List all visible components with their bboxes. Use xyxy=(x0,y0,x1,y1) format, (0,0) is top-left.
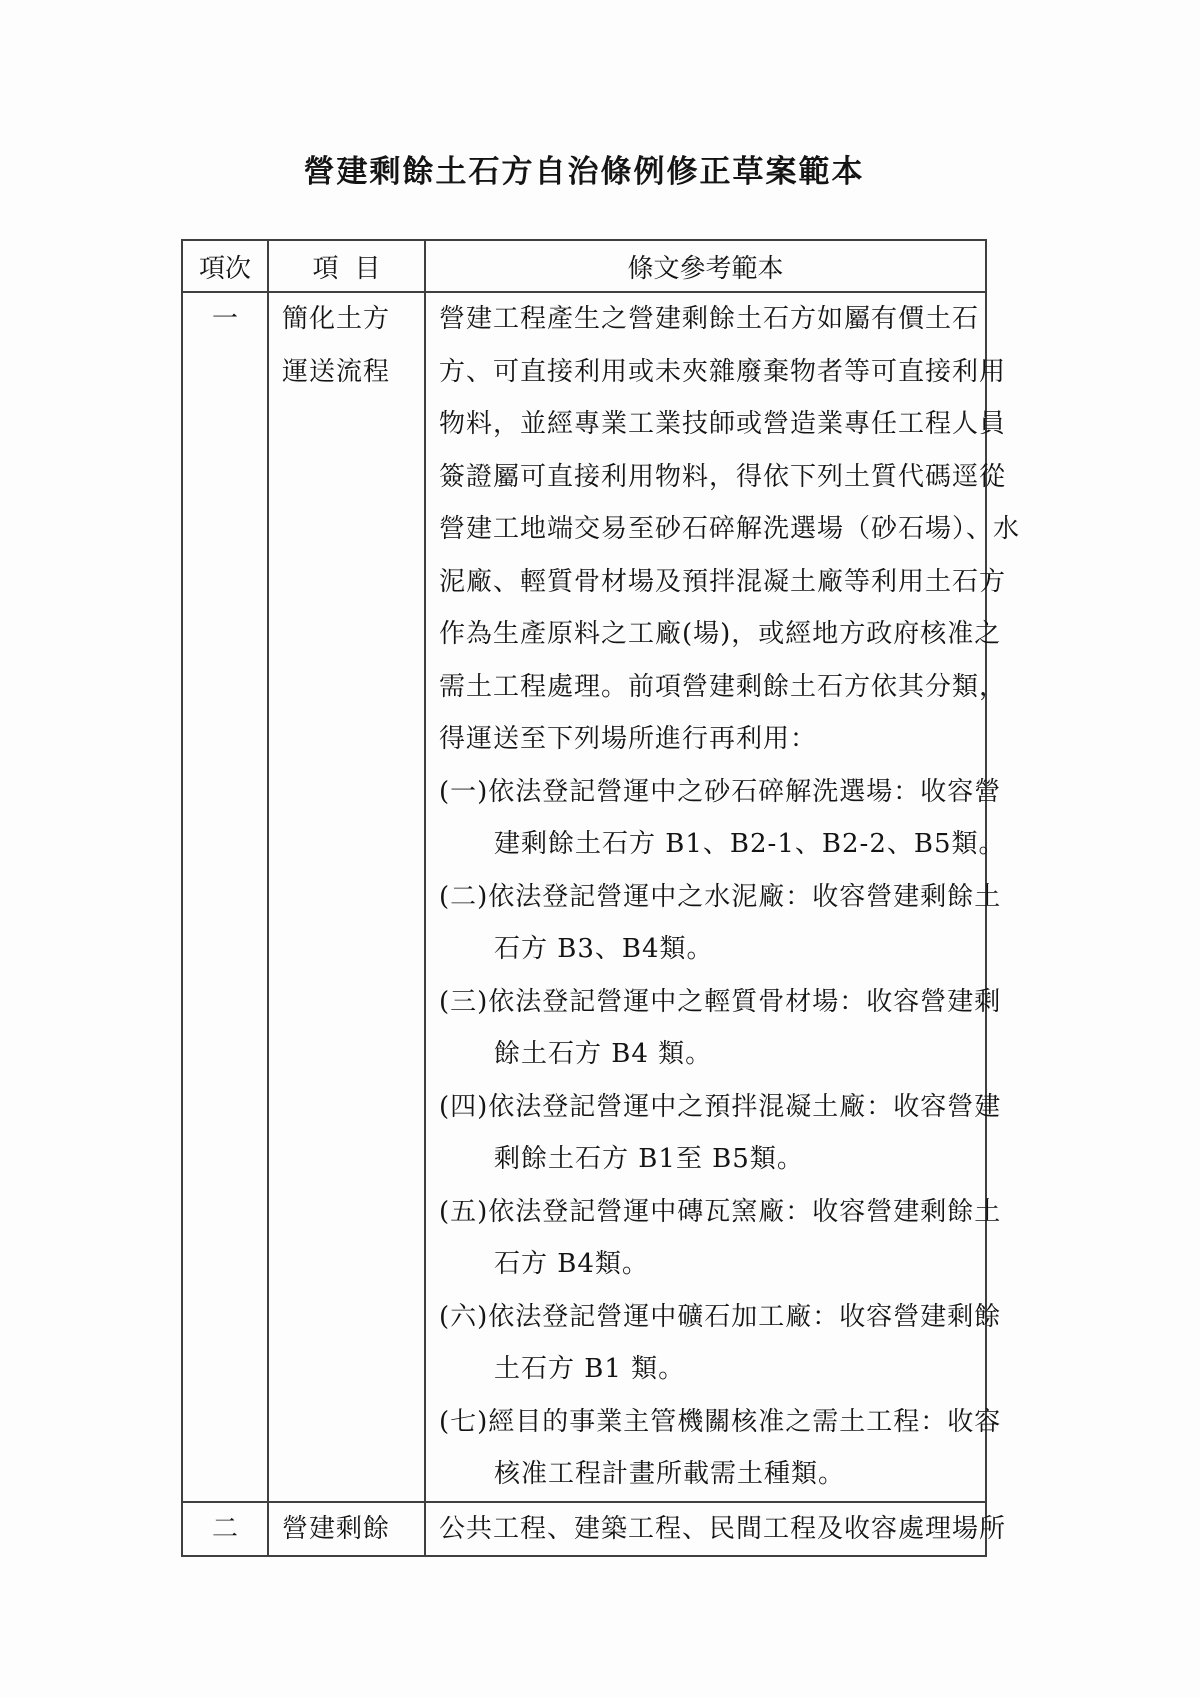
reference-text-line: (六)依法登記營運中礦石加工廠：收容營建剩餘 xyxy=(439,1291,1020,1344)
item-title-line: 營建剩餘 xyxy=(282,1503,424,1555)
reference-text-line: 建剩餘土石方 B1、B2-1、B2-2、B5類。 xyxy=(439,818,1020,871)
reference-text-line: 營建工程產生之營建剩餘土石方如屬有價土石 xyxy=(439,293,1020,346)
table-row: 二營建剩餘公共工程、建築工程、民間工程及收容處理場所 xyxy=(183,1503,985,1555)
reference-text-line: (一)依法登記營運中之砂石碎解洗選場：收容營 xyxy=(439,766,1020,819)
reference-text-line: 營建工地端交易至砂石碎解洗選場（砂石場）、水 xyxy=(439,503,1020,556)
cell-item-title: 簡化土方運送流程 xyxy=(269,293,426,1501)
reference-text-line: 土石方 B1 類。 xyxy=(439,1343,1020,1396)
cell-item-title: 營建剩餘 xyxy=(269,1503,426,1555)
reference-text-line: 得運送至下列場所進行再利用： xyxy=(439,713,1020,766)
reference-text-line: 方、可直接利用或未夾雜廢棄物者等可直接利用 xyxy=(439,346,1020,399)
column-header-index: 項次 xyxy=(183,241,269,291)
document-title: 營建剩餘土石方自治條例修正草案範本 xyxy=(181,146,987,191)
reference-text-line: (三)依法登記營運中之輕質骨材場：收容營建剩 xyxy=(439,976,1020,1029)
reference-text-line: (二)依法登記營運中之水泥廠：收容營建剩餘土 xyxy=(439,871,1020,924)
table-row: 一簡化土方運送流程營建工程產生之營建剩餘土石方如屬有價土石方、可直接利用或未夾雜… xyxy=(183,293,985,1503)
cell-item-number: 二 xyxy=(183,1503,269,1555)
reference-text-line: 作為生產原料之工廠(場)，或經地方政府核准之 xyxy=(439,608,1020,661)
reference-text-line: 石方 B4類。 xyxy=(439,1238,1020,1291)
reference-text-line: 物料，並經專業工業技師或營造業專任工程人員 xyxy=(439,398,1020,451)
column-header-label: 項次 xyxy=(199,248,251,285)
document-page: 營建剩餘土石方自治條例修正草案範本 項次項目條文參考範本 一簡化土方運送流程營建… xyxy=(0,146,1200,1557)
column-header-label: 條文參考範本 xyxy=(627,248,783,285)
regulation-table: 項次項目條文參考範本 一簡化土方運送流程營建工程產生之營建剩餘土石方如屬有價土石… xyxy=(181,239,987,1557)
item-title-line: 簡化土方 xyxy=(282,293,424,346)
reference-text-line: (四)依法登記營運中之預拌混凝土廠：收容營建 xyxy=(439,1081,1020,1134)
reference-text-line: 石方 B3、B4類。 xyxy=(439,923,1020,976)
reference-text-line: (五)依法登記營運中磚瓦窯廠：收容營建剩餘土 xyxy=(439,1186,1020,1239)
column-header-label: 項目 xyxy=(312,248,396,285)
reference-text-line: 餘土石方 B4 類。 xyxy=(439,1028,1020,1081)
reference-text-line: 核准工程計畫所載需土種類。 xyxy=(439,1448,1020,1501)
column-header-item: 項目 xyxy=(269,241,426,291)
table-header-row: 項次項目條文參考範本 xyxy=(183,241,985,293)
reference-text-line: 泥廠、輕質骨材場及預拌混凝土廠等利用土石方 xyxy=(439,556,1020,609)
cell-reference-text: 公共工程、建築工程、民間工程及收容處理場所 xyxy=(426,1503,1010,1555)
item-title-line: 運送流程 xyxy=(282,346,424,399)
reference-text-line: 簽證屬可直接利用物料，得依下列土質代碼逕從 xyxy=(439,451,1020,504)
reference-text-line: 需土工程處理。前項營建剩餘土石方依其分類， xyxy=(439,661,1020,714)
column-header-reference: 條文參考範本 xyxy=(426,241,985,291)
cell-item-number: 一 xyxy=(183,293,269,1501)
cell-reference-text: 營建工程產生之營建剩餘土石方如屬有價土石方、可直接利用或未夾雜廢棄物者等可直接利… xyxy=(426,293,1024,1501)
reference-text-line: 公共工程、建築工程、民間工程及收容處理場所 xyxy=(439,1503,1006,1555)
reference-text-line: 剩餘土石方 B1至 B5類。 xyxy=(439,1133,1020,1186)
reference-text-line: (七)經目的事業主管機關核准之需土工程：收容 xyxy=(439,1396,1020,1449)
